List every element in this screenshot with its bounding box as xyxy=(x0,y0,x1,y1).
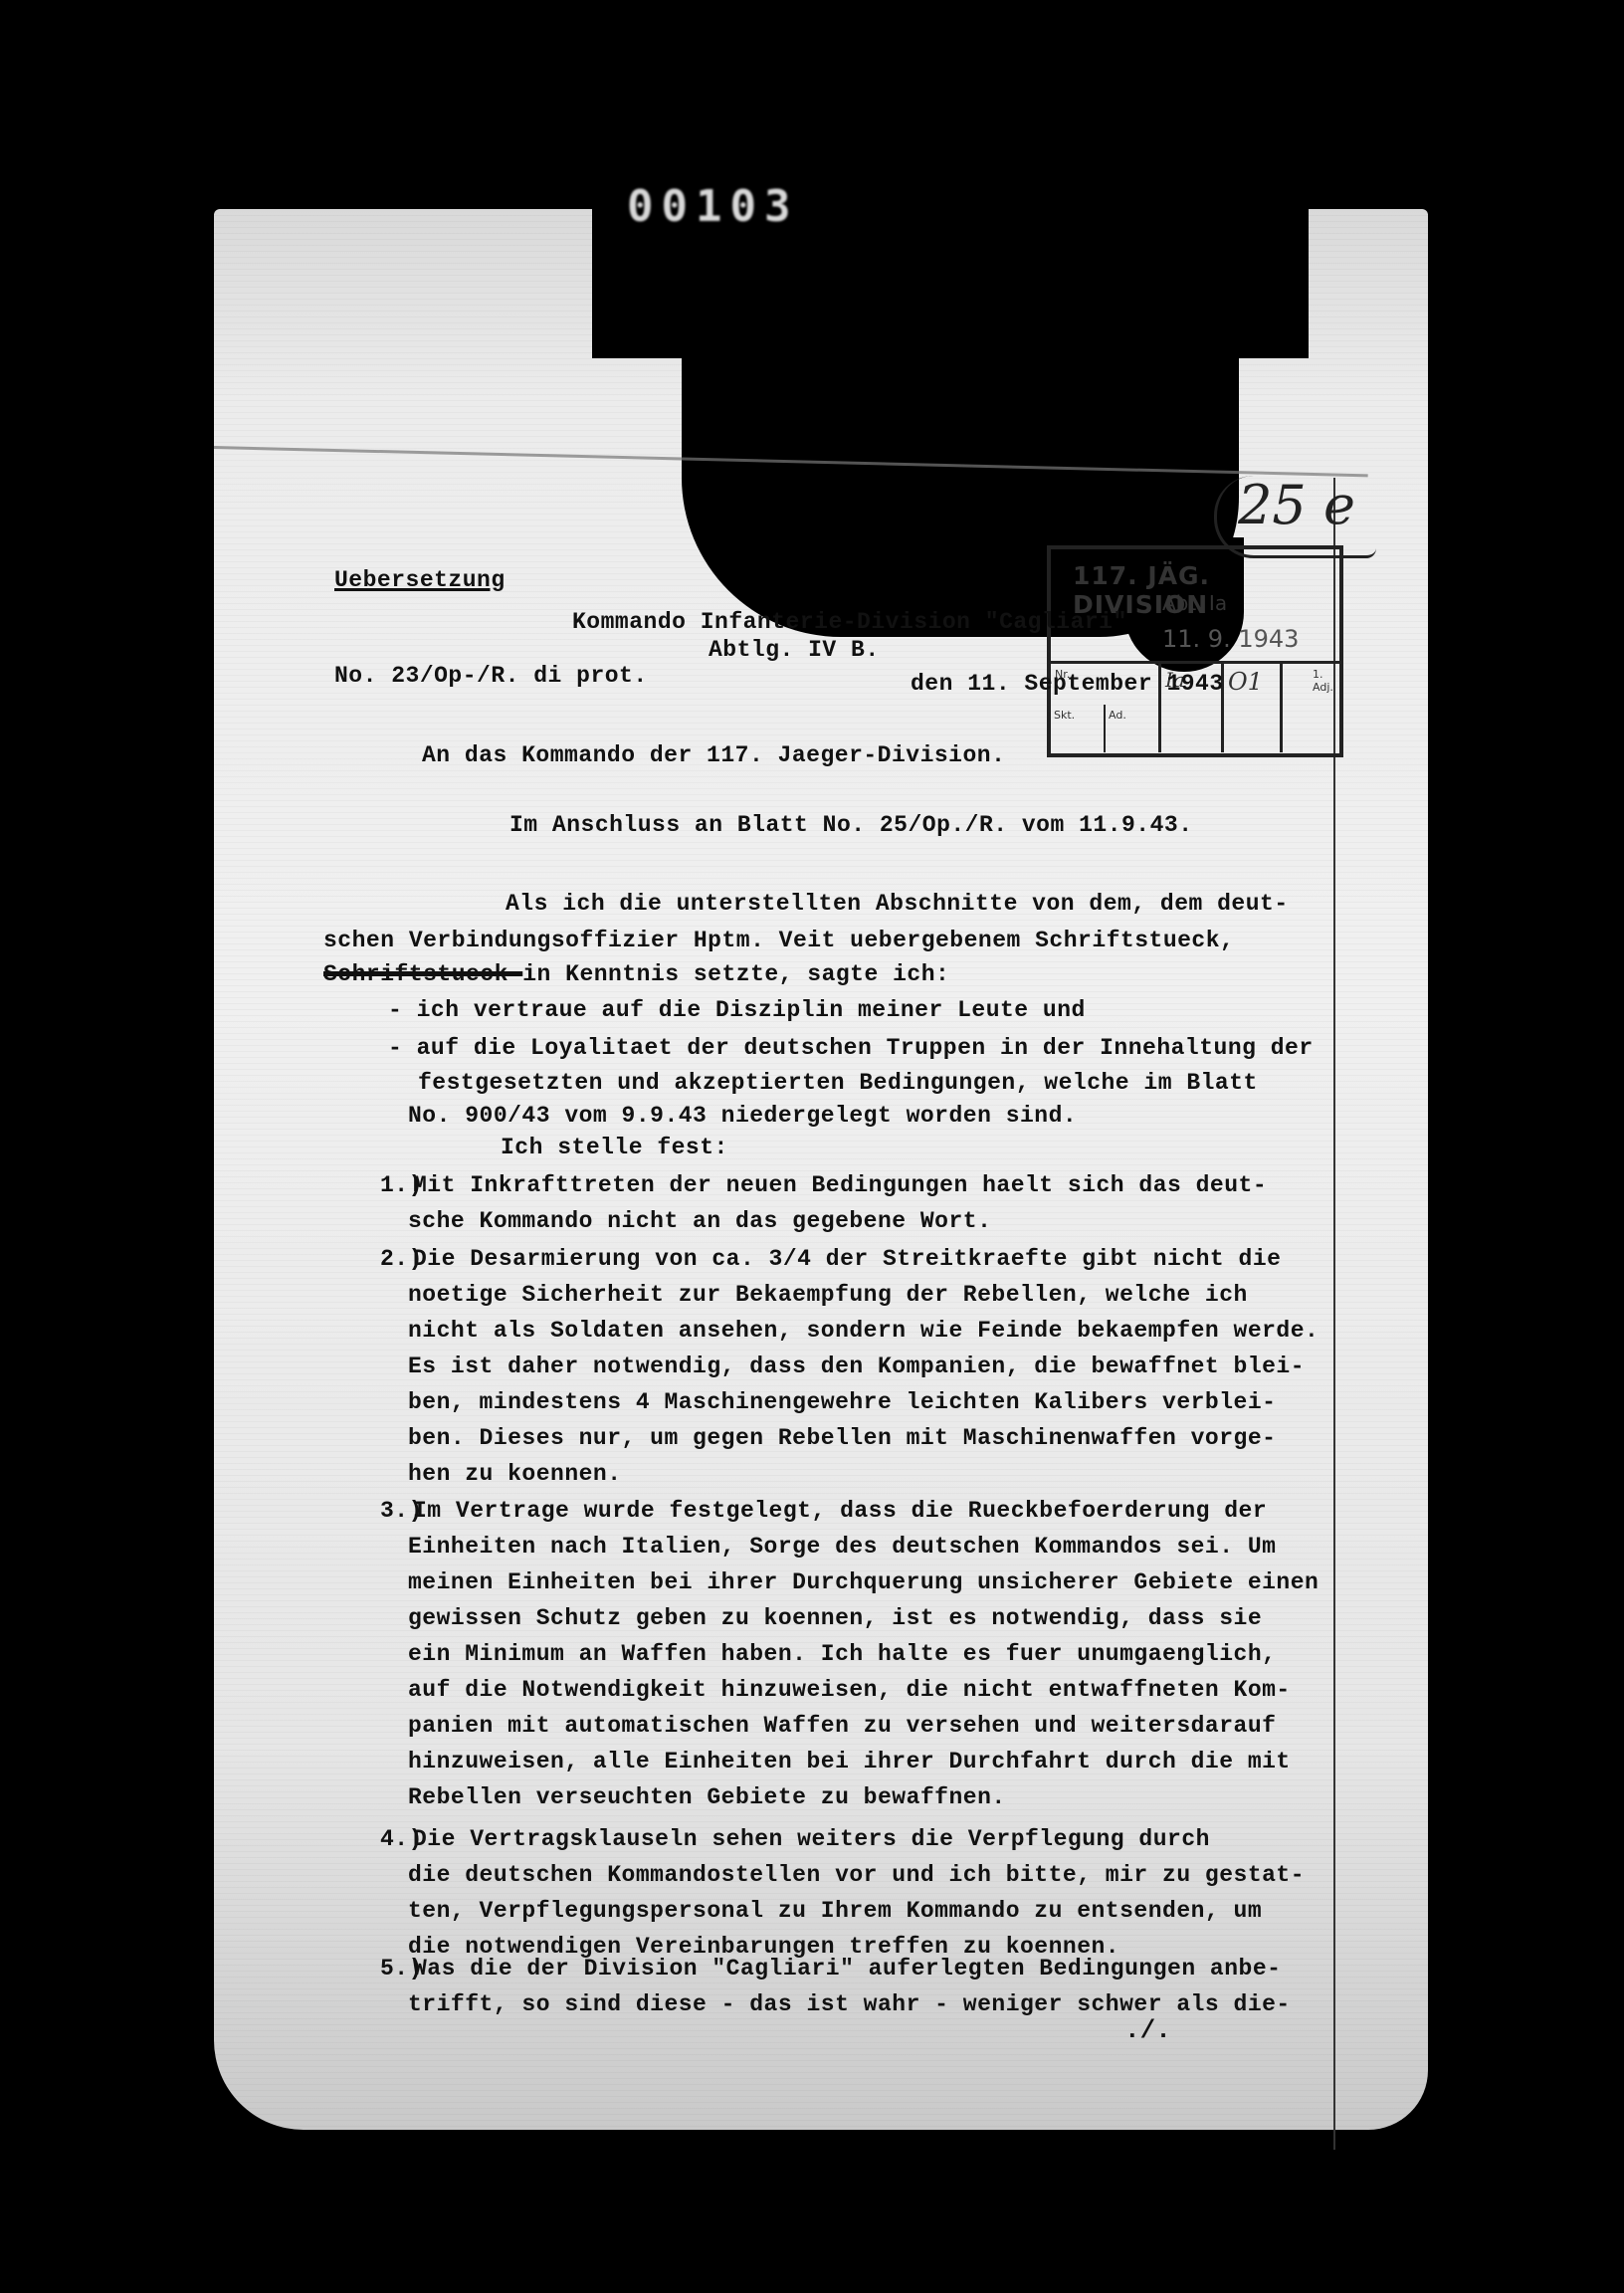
sender-line-2: Abtlg. IV B. xyxy=(709,637,880,663)
point-line: hinzuweisen, alle Einheiten bei ihrer Du… xyxy=(408,1749,1291,1774)
point-line: nicht als Soldaten ansehen, sondern wie … xyxy=(408,1318,1319,1344)
bullet-line: - ich vertraue auf die Disziplin meiner … xyxy=(388,997,1086,1023)
document-heading: Uebersetzung xyxy=(334,567,506,593)
point-line: Die Desarmierung von ca. 3/4 der Streitk… xyxy=(413,1246,1281,1272)
stamp-cell-o1: O1 xyxy=(1224,664,1283,752)
reference-number: No. 23/Op-/R. di prot. xyxy=(334,663,648,689)
point-line: auf die Notwendigkeit hinzuweisen, die n… xyxy=(408,1677,1291,1703)
stamp-sub-right: Ad. xyxy=(1106,705,1158,752)
stamp-o1-mark: O1 xyxy=(1228,668,1263,696)
point-line: gewissen Schutz geben zu koennen, ist es… xyxy=(408,1605,1262,1631)
point-line: die deutschen Kommandostellen vor und ic… xyxy=(408,1862,1305,1888)
document-date: den 11. September 1943 xyxy=(911,671,1224,697)
struck-word: Schriftstueck xyxy=(323,961,522,987)
microfilm-frame-number: 00103 xyxy=(627,181,798,232)
bullet-line: - auf die Loyalitaet der deutschen Trupp… xyxy=(388,1035,1314,1061)
intro-line: Schriftstueck in Kenntnis setzte, sagte … xyxy=(323,961,949,987)
stamp-nr-subcells: Skt. Ad. xyxy=(1051,705,1158,752)
point-line: Mit Inkrafttreten der neuen Bedingungen … xyxy=(413,1172,1267,1198)
point-line: Rebellen verseuchten Gebiete zu bewaffne… xyxy=(408,1784,1006,1810)
point-line: meinen Einheiten bei ihrer Durchquerung … xyxy=(408,1569,1319,1595)
stamp-cell-adj: 1. Adj. xyxy=(1283,664,1339,752)
point-line: ein Minimum an Waffen haben. Ich halte e… xyxy=(408,1641,1276,1667)
point-line: Einheiten nach Italien, Sorge des deutsc… xyxy=(408,1534,1276,1560)
point-line: Die Vertragsklauseln sehen weiters die V… xyxy=(413,1826,1210,1852)
point-line: Es ist daher notwendig, dass den Kompani… xyxy=(408,1354,1305,1379)
point-line: sche Kommando nicht an das gegebene Wort… xyxy=(408,1208,991,1234)
stamp-adj-label: 1. Adj. xyxy=(1313,668,1339,694)
receipt-stamp: 117. JÄG. DIVISION Abt. Ia 11. 9. 1943 N… xyxy=(1047,545,1343,757)
statement-intro: Ich stelle fest: xyxy=(501,1135,728,1160)
intro-line: Als ich die unterstellten Abschnitte von… xyxy=(506,891,1289,917)
subject-line: Im Anschluss an Blatt No. 25/Op./R. vom … xyxy=(509,812,1193,838)
stamp-department: Abt. Ia xyxy=(1162,591,1227,615)
point-line: hen zu koennen. xyxy=(408,1461,622,1487)
intro-line: schen Verbindungsoffizier Hptm. Veit ueb… xyxy=(323,928,1234,953)
point-line: Im Vertrage wurde festgelegt, dass die R… xyxy=(413,1498,1267,1524)
stamp-date: 11. 9. 1943 xyxy=(1162,625,1299,653)
bullet-line: festgesetzten und akzeptierten Bedingung… xyxy=(418,1070,1258,1096)
point-line: ben. Dieses nur, um gegen Rebellen mit M… xyxy=(408,1425,1276,1451)
continuation-mark: ./. xyxy=(1124,2015,1171,2045)
sender-line-1: Kommando Infanterie-Division "Cagliari" xyxy=(572,609,1127,635)
point-line: Was die der Division "Cagliari" auferleg… xyxy=(413,1956,1281,1981)
addressee: An das Kommando der 117. Jaeger-Division… xyxy=(422,742,1005,768)
point-line: panien mit automatischen Waffen zu verse… xyxy=(408,1713,1276,1739)
point-line: noetige Sicherheit zur Bekaempfung der R… xyxy=(408,1282,1248,1308)
point-line: ten, Verpflegungspersonal zu Ihrem Komma… xyxy=(408,1898,1262,1924)
point-line: ben, mindestens 4 Maschinengewehre leich… xyxy=(408,1389,1276,1415)
scan-border xyxy=(0,2160,1624,2293)
bullet-line: No. 900/43 vom 9.9.43 niedergelegt worde… xyxy=(408,1103,1077,1129)
stamp-sub-left: Skt. xyxy=(1051,705,1106,752)
point-line: trifft, so sind diese - das ist wahr - w… xyxy=(408,1991,1291,2017)
